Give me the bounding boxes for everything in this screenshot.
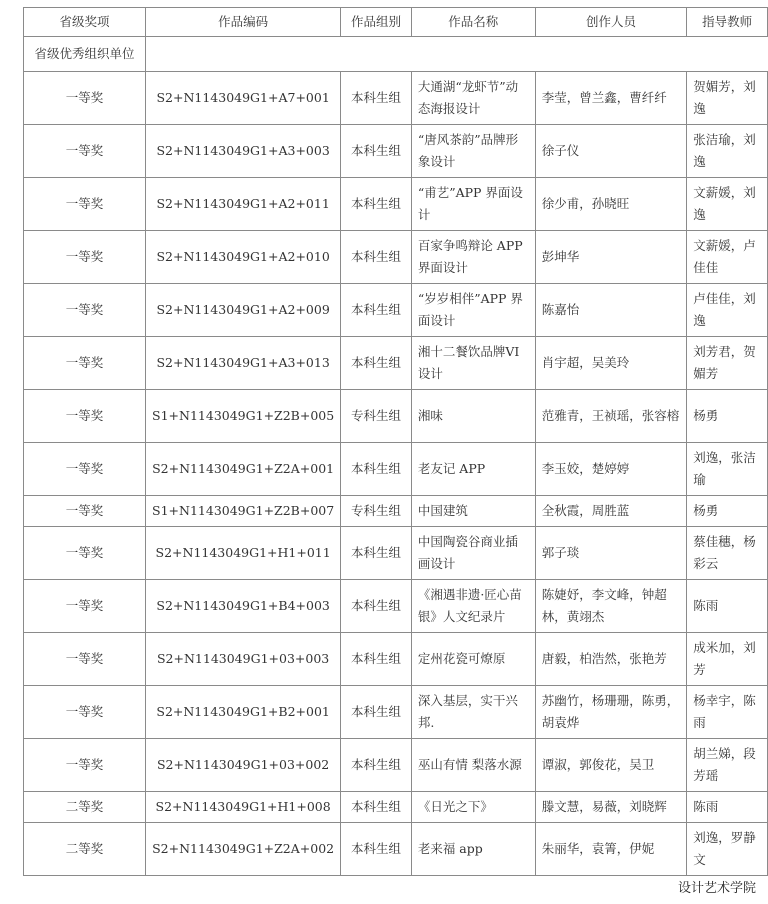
award-cell: 一等奖	[24, 580, 146, 633]
code-cell: S2+N1143049G1+Z2A+001	[146, 443, 341, 496]
table-row: 一等奖S2+N1143049G1+A2+009本科生组“岁岁相伴”APP 界面设…	[24, 284, 768, 337]
title-cell: 湘味	[411, 390, 535, 443]
advisors-cell: 刘芳君，贺媚芳	[687, 337, 768, 390]
creators-cell: 肖宇超，吴美玲	[535, 337, 687, 390]
title-cell: 《湘遇非遗·匠心苗银》人文纪录片	[411, 580, 535, 633]
award-cell: 一等奖	[24, 125, 146, 178]
title-cell: 深入基层，实干兴邦.	[411, 686, 535, 739]
creators-cell: 李莹，曾兰鑫，曹纤纤	[535, 72, 687, 125]
group-cell: 本科生组	[341, 580, 412, 633]
creators-cell: 苏幽竹，杨珊珊，陈勇，胡袁烨	[535, 686, 687, 739]
table-row: 一等奖S2+N1143049G1+A3+013本科生组湘十二餐饮品牌VI设计肖宇…	[24, 337, 768, 390]
title-cell: 中国建筑	[411, 496, 535, 527]
creators-cell: 范雅青，王祯瑶，张容榕	[535, 390, 687, 443]
table-row: 一等奖S1+N1143049G1+Z2B+005专科生组湘味范雅青，王祯瑶，张容…	[24, 390, 768, 443]
creators-cell: 陈嘉怡	[535, 284, 687, 337]
advisors-cell: 杨勇	[687, 496, 768, 527]
code-cell: S2+N1143049G1+A3+003	[146, 125, 341, 178]
award-cell: 一等奖	[24, 72, 146, 125]
title-cell: 老友记 APP	[411, 443, 535, 496]
creators-cell: 陈婕妤，李文峰，钟超林，黄翊杰	[535, 580, 687, 633]
header-advisors: 指导教师	[687, 8, 768, 37]
group-cell: 本科生组	[341, 633, 412, 686]
award-cell: 一等奖	[24, 496, 146, 527]
creators-cell: 徐子仪	[535, 125, 687, 178]
header-row: 省级奖项 作品编码 作品组别 作品名称 创作人员 指导教师	[24, 8, 768, 37]
header-code: 作品编码	[146, 8, 341, 37]
table-row: 一等奖S1+N1143049G1+Z2B+007专科生组中国建筑全秋霞，周胜蓝杨…	[24, 496, 768, 527]
table-row: 一等奖S2+N1143049G1+03+002本科生组巫山有情 梨落水源谭淑，郭…	[24, 739, 768, 792]
advisors-cell: 陈雨	[687, 580, 768, 633]
code-cell: S1+N1143049G1+Z2B+007	[146, 496, 341, 527]
group-cell: 本科生组	[341, 443, 412, 496]
table-row: 一等奖S2+N1143049G1+H1+011本科生组中国陶瓷谷商业插画设计郭子…	[24, 527, 768, 580]
code-cell: S2+N1143049G1+B4+003	[146, 580, 341, 633]
title-cell: 湘十二餐饮品牌VI设计	[411, 337, 535, 390]
title-cell: “甫艺”APP 界面设计	[411, 178, 535, 231]
award-cell: 一等奖	[24, 527, 146, 580]
advisors-cell: 胡兰娣，段芳瑶	[687, 739, 768, 792]
advisors-cell: 贺媚芳，刘逸	[687, 72, 768, 125]
award-cell: 一等奖	[24, 443, 146, 496]
group-cell: 本科生组	[341, 823, 412, 876]
code-cell: S2+N1143049G1+A2+009	[146, 284, 341, 337]
creators-cell: 唐毅，柏浩然，张艳芳	[535, 633, 687, 686]
table-row: 一等奖S2+N1143049G1+03+003本科生组定州花瓷可燎原唐毅，柏浩然…	[24, 633, 768, 686]
section-row: 省级优秀组织单位	[24, 37, 768, 72]
advisors-cell: 文薪媛，刘逸	[687, 178, 768, 231]
code-cell: S1+N1143049G1+Z2B+005	[146, 390, 341, 443]
title-cell: 巫山有情 梨落水源	[411, 739, 535, 792]
code-cell: S2+N1143049G1+A2+011	[146, 178, 341, 231]
code-cell: S2+N1143049G1+03+003	[146, 633, 341, 686]
header-title: 作品名称	[411, 8, 535, 37]
award-cell: 一等奖	[24, 337, 146, 390]
advisors-cell: 刘逸，罗静文	[687, 823, 768, 876]
code-cell: S2+N1143049G1+A7+001	[146, 72, 341, 125]
table-row: 二等奖S2+N1143049G1+Z2A+002本科生组老来福 app朱丽华，袁…	[24, 823, 768, 876]
award-cell: 一等奖	[24, 686, 146, 739]
advisors-cell: 蔡佳穗，杨彩云	[687, 527, 768, 580]
creators-cell: 徐少甫，孙晓旺	[535, 178, 687, 231]
title-cell: 定州花瓷可燎原	[411, 633, 535, 686]
code-cell: S2+N1143049G1+A3+013	[146, 337, 341, 390]
code-cell: S2+N1143049G1+B2+001	[146, 686, 341, 739]
table-row: 二等奖S2+N1143049G1+H1+008本科生组《日光之下》滕文慧，易薇，…	[24, 792, 768, 823]
advisors-cell: 陈雨	[687, 792, 768, 823]
award-cell: 一等奖	[24, 739, 146, 792]
title-cell: 《日光之下》	[411, 792, 535, 823]
group-cell: 本科生组	[341, 792, 412, 823]
advisors-cell: 杨勇	[687, 390, 768, 443]
table-row: 一等奖S2+N1143049G1+A7+001本科生组大通湖“龙虾节”动态海报设…	[24, 72, 768, 125]
creators-cell: 全秋霞，周胜蓝	[535, 496, 687, 527]
award-cell: 一等奖	[24, 231, 146, 284]
header-group: 作品组别	[341, 8, 412, 37]
footer-institution: 设计艺术学院	[678, 877, 756, 896]
creators-cell: 谭淑，郭俊花，吴卫	[535, 739, 687, 792]
table-row: 一等奖S2+N1143049G1+A2+011本科生组“甫艺”APP 界面设计徐…	[24, 178, 768, 231]
table-row: 一等奖S2+N1143049G1+B2+001本科生组深入基层，实干兴邦.苏幽竹…	[24, 686, 768, 739]
creators-cell: 李玉姣，楚婷婷	[535, 443, 687, 496]
group-cell: 本科生组	[341, 72, 412, 125]
award-cell: 二等奖	[24, 792, 146, 823]
group-cell: 专科生组	[341, 390, 412, 443]
table-row: 一等奖S2+N1143049G1+A3+003本科生组“唐风茶韵”品牌形象设计徐…	[24, 125, 768, 178]
award-cell: 一等奖	[24, 390, 146, 443]
title-cell: 中国陶瓷谷商业插画设计	[411, 527, 535, 580]
award-cell: 一等奖	[24, 178, 146, 231]
title-cell: 大通湖“龙虾节”动态海报设计	[411, 72, 535, 125]
advisors-cell: 文薪媛，卢佳佳	[687, 231, 768, 284]
award-cell: 二等奖	[24, 823, 146, 876]
title-cell: 老来福 app	[411, 823, 535, 876]
advisors-cell: 卢佳佳，刘逸	[687, 284, 768, 337]
creators-cell: 滕文慧，易薇，刘晓辉	[535, 792, 687, 823]
group-cell: 本科生组	[341, 231, 412, 284]
table-row: 一等奖S2+N1143049G1+A2+010本科生组百家争鸣辩论 APP 界面…	[24, 231, 768, 284]
group-cell: 专科生组	[341, 496, 412, 527]
group-cell: 本科生组	[341, 284, 412, 337]
title-cell: “岁岁相伴”APP 界面设计	[411, 284, 535, 337]
table-row: 一等奖S2+N1143049G1+B4+003本科生组《湘遇非遗·匠心苗银》人文…	[24, 580, 768, 633]
section-label: 省级优秀组织单位	[24, 37, 146, 72]
awards-table: 省级奖项 作品编码 作品组别 作品名称 创作人员 指导教师 省级优秀组织单位 一…	[23, 7, 768, 876]
code-cell: S2+N1143049G1+H1+011	[146, 527, 341, 580]
group-cell: 本科生组	[341, 527, 412, 580]
group-cell: 本科生组	[341, 178, 412, 231]
group-cell: 本科生组	[341, 686, 412, 739]
award-cell: 一等奖	[24, 633, 146, 686]
creators-cell: 郭子琰	[535, 527, 687, 580]
code-cell: S2+N1143049G1+Z2A+002	[146, 823, 341, 876]
header-award: 省级奖项	[24, 8, 146, 37]
group-cell: 本科生组	[341, 125, 412, 178]
title-cell: “唐风茶韵”品牌形象设计	[411, 125, 535, 178]
advisors-cell: 成米加，刘芳	[687, 633, 768, 686]
advisors-cell: 杨幸宇，陈雨	[687, 686, 768, 739]
award-cell: 一等奖	[24, 284, 146, 337]
section-blank	[146, 37, 768, 72]
creators-cell: 彭坤华	[535, 231, 687, 284]
advisors-cell: 张洁瑜，刘逸	[687, 125, 768, 178]
code-cell: S2+N1143049G1+03+002	[146, 739, 341, 792]
title-cell: 百家争鸣辩论 APP 界面设计	[411, 231, 535, 284]
group-cell: 本科生组	[341, 337, 412, 390]
table-row: 一等奖S2+N1143049G1+Z2A+001本科生组老友记 APP李玉姣，楚…	[24, 443, 768, 496]
group-cell: 本科生组	[341, 739, 412, 792]
creators-cell: 朱丽华，袁箐，伊妮	[535, 823, 687, 876]
code-cell: S2+N1143049G1+H1+008	[146, 792, 341, 823]
advisors-cell: 刘逸，张洁瑜	[687, 443, 768, 496]
code-cell: S2+N1143049G1+A2+010	[146, 231, 341, 284]
header-creators: 创作人员	[535, 8, 687, 37]
